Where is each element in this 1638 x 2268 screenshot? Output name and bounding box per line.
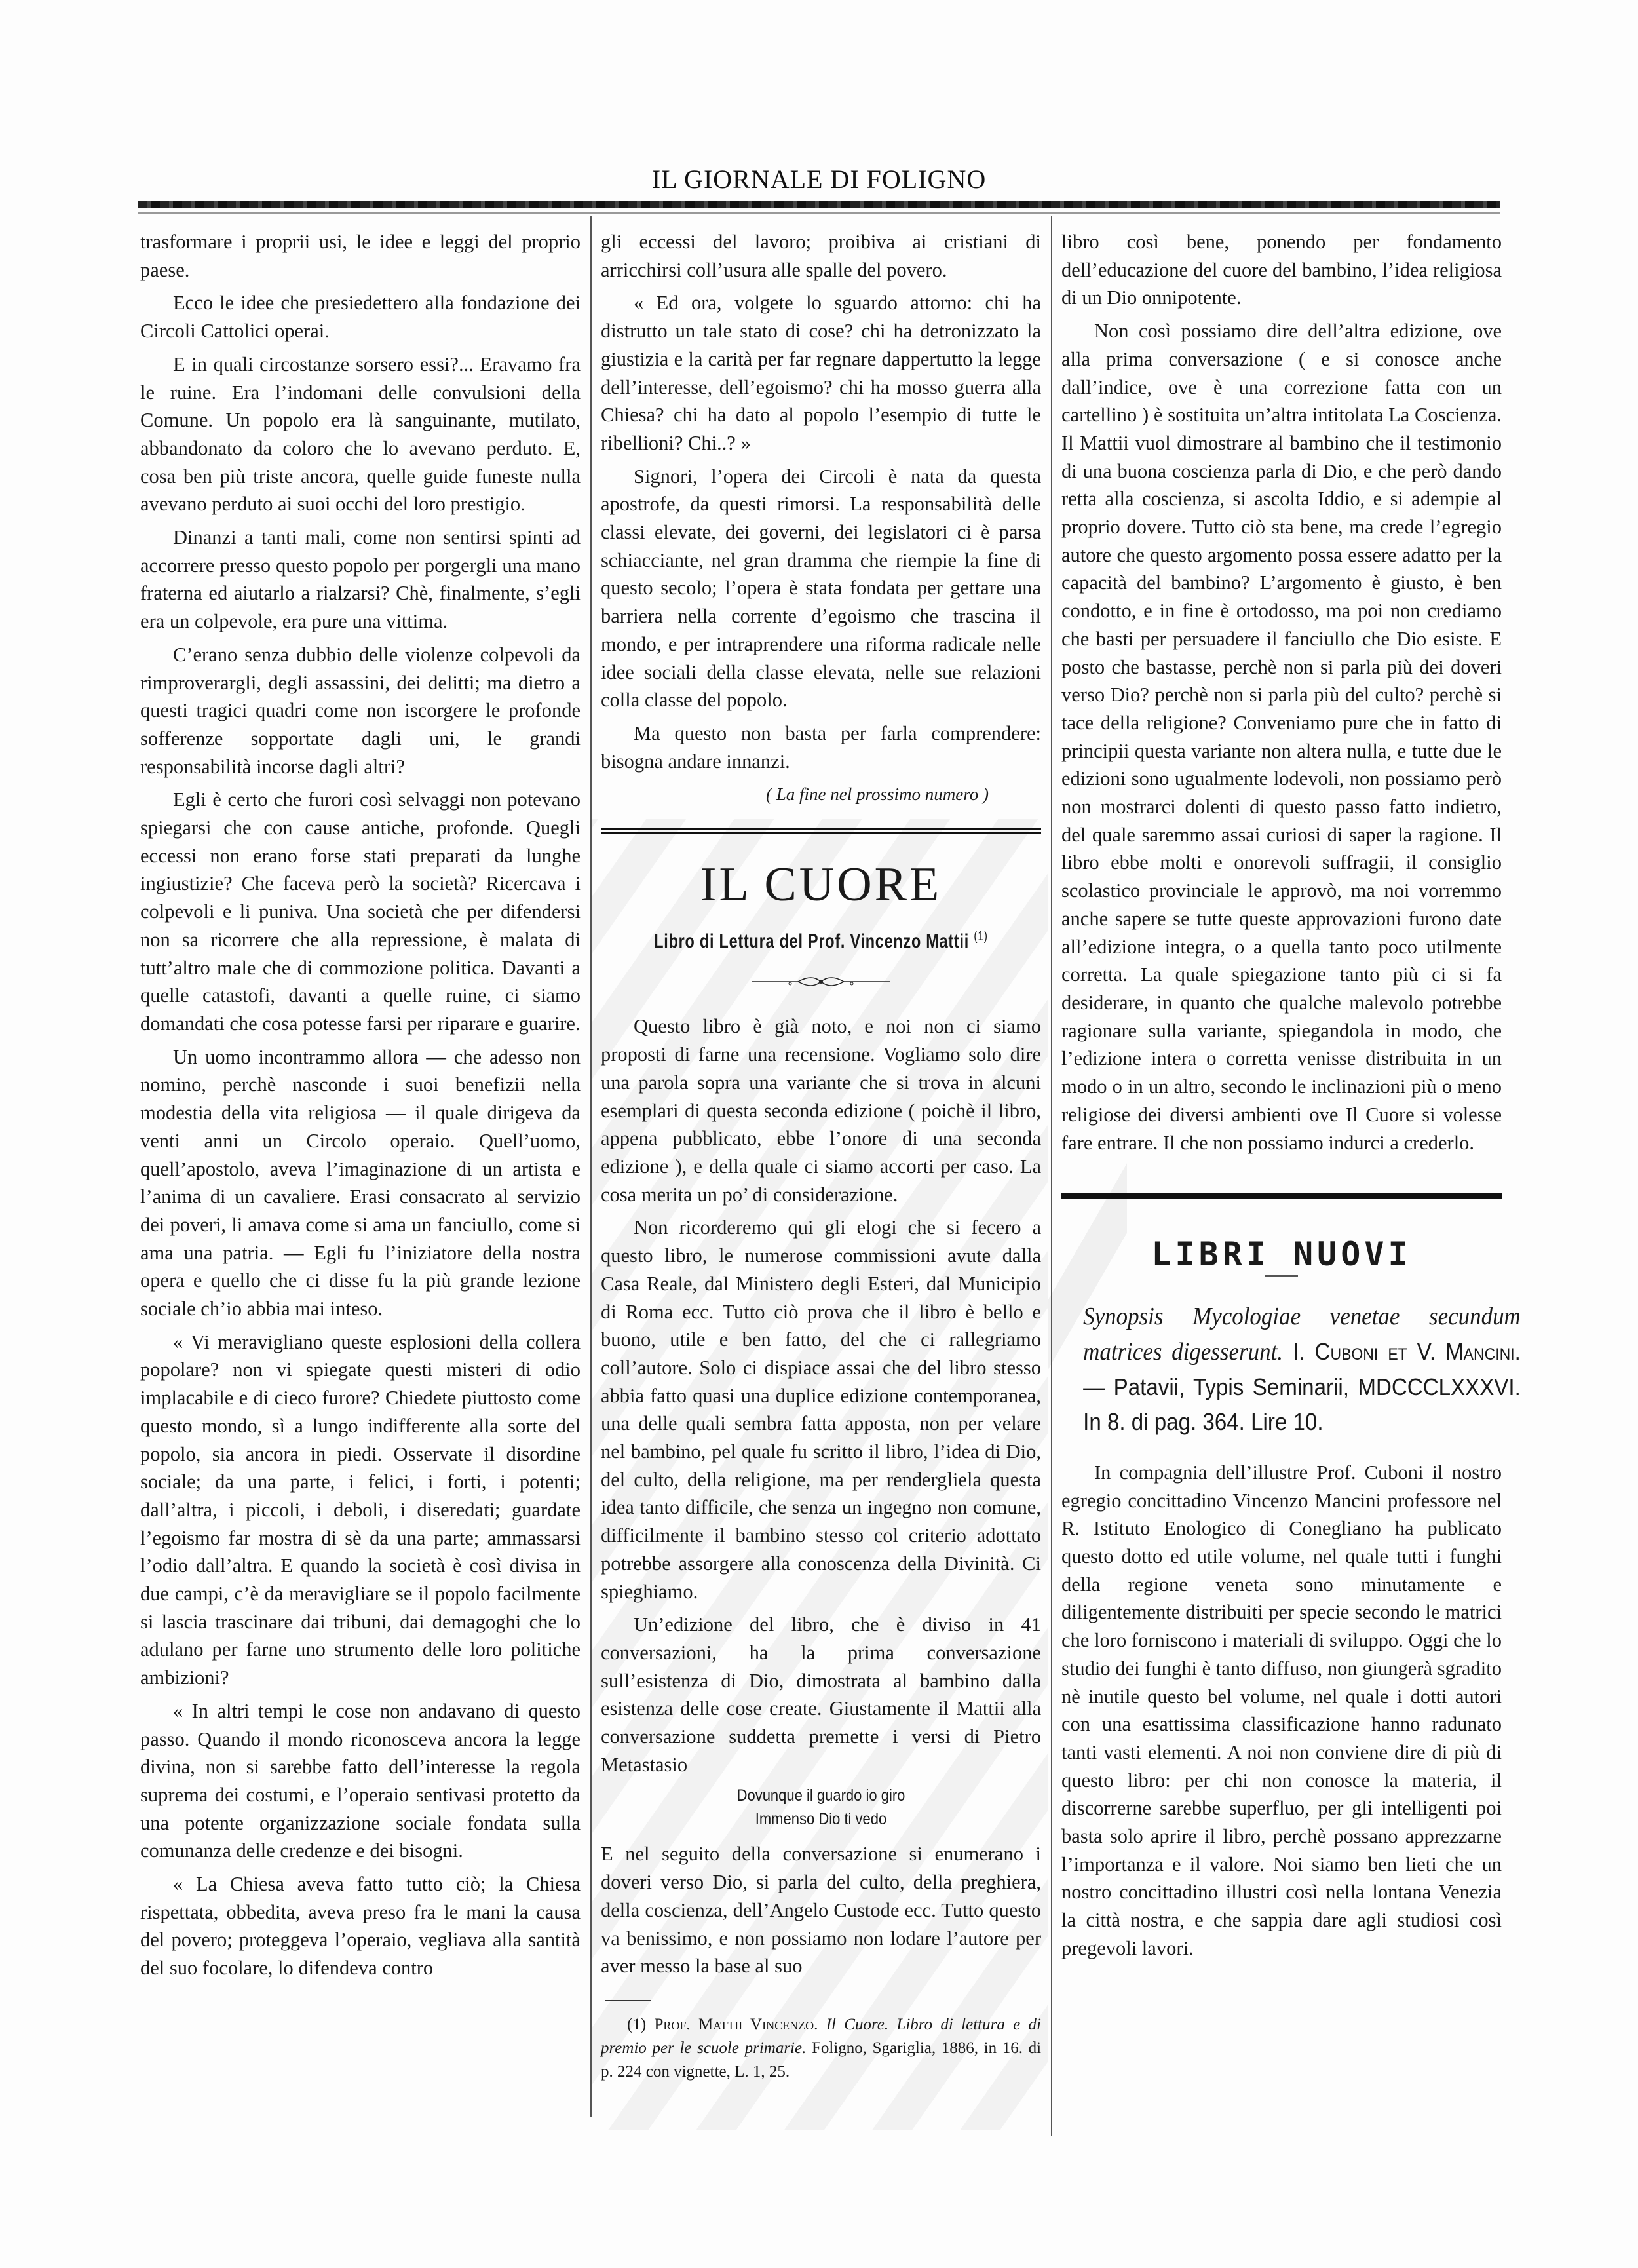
column-divider bbox=[1051, 216, 1052, 2136]
book-citation: Synopsis Mycologiae venetae secundum mat… bbox=[1061, 1299, 1521, 1439]
article-column-3: libro così bene, ponendo per fondamento … bbox=[1061, 228, 1502, 1968]
paragraph: Un uomo incontrammo allora — che adesso … bbox=[140, 1043, 581, 1323]
book-imprint: — Patavii, Typis Seminarii, MDCCCLXXXVI.… bbox=[1083, 1374, 1521, 1435]
paragraph: « La Chiesa aveva fatto tutto ciò; la Ch… bbox=[140, 1870, 581, 1982]
article-column-1: trasformare i proprii usi, le idee e leg… bbox=[140, 228, 581, 1988]
paragraph: Ecco le idee che presiedettero alla fond… bbox=[140, 289, 581, 345]
paragraph: E nel seguito della conversazione si enu… bbox=[601, 1840, 1041, 1980]
paragraph: Signori, l’opera dei Circoli è nata da q… bbox=[601, 463, 1041, 714]
ornament-flourish-icon bbox=[601, 968, 1041, 996]
heading-underline bbox=[1265, 1275, 1298, 1277]
section-divider bbox=[1061, 1193, 1502, 1199]
paragraph: Questo libro è già noto, e noi non ci si… bbox=[601, 1012, 1041, 1208]
article-subtitle: Libro di Lettura del Prof. Vincenzo Matt… bbox=[649, 923, 993, 956]
paragraph: libro così bene, ponendo per fondamento … bbox=[1061, 228, 1502, 312]
article-column-2: gli eccessi del lavoro; proibiva ai cris… bbox=[601, 228, 1041, 2084]
verse-line: Dovunque il guardo io giro bbox=[627, 1784, 1014, 1807]
paragraph: gli eccessi del lavoro; proibiva ai cris… bbox=[601, 228, 1041, 284]
paragraph: Dinanzi a tanti mali, come non sentirsi … bbox=[140, 524, 581, 636]
paragraph: « Vi meravigliano queste esplosioni dell… bbox=[140, 1328, 581, 1692]
masthead-thin-rule bbox=[138, 212, 1500, 214]
section-divider bbox=[601, 828, 1041, 834]
paragraph: C’erano senza dubbio delle violenze colp… bbox=[140, 641, 581, 781]
paragraph: « In altri tempi le cose non andavano di… bbox=[140, 1697, 581, 1865]
masthead-rule bbox=[138, 201, 1500, 208]
footnote-author: Prof. Mattii Vincenzo. bbox=[654, 2016, 818, 2033]
verse-quote: Dovunque il guardo io giro Immenso Dio t… bbox=[627, 1784, 1014, 1831]
article-title: IL CUORE bbox=[601, 858, 1041, 911]
paragraph: E in quali circostanze sorsero essi?... … bbox=[140, 351, 581, 518]
paragraph: Non ricorderemo qui gli elogi che si fec… bbox=[601, 1214, 1041, 1605]
book-authors: I. Cuboni et V. Mancini. bbox=[1293, 1338, 1521, 1365]
footnote-rule bbox=[605, 2000, 651, 2001]
paragraph: trasformare i proprii usi, le idee e leg… bbox=[140, 228, 581, 284]
paragraph: Egli è certo che furori così selvaggi no… bbox=[140, 786, 581, 1037]
verse-line: Immenso Dio ti vedo bbox=[627, 1807, 1014, 1831]
footnote: (1) Prof. Mattii Vincenzo. Il Cuore. Lib… bbox=[601, 2013, 1041, 2084]
paragraph: « Ed ora, volgete lo sguardo attorno: ch… bbox=[601, 289, 1041, 457]
paragraph: Ma questo non basta per farla comprender… bbox=[601, 720, 1041, 775]
paragraph: Non così possiamo dire dell’altra edizio… bbox=[1061, 317, 1502, 1157]
paragraph: Un’edizione del libro, che è diviso in 4… bbox=[601, 1611, 1041, 1778]
footnote-marker: (1) bbox=[974, 929, 987, 944]
section-heading-libri-nuovi: LIBRI NUOVI bbox=[1061, 1240, 1502, 1269]
newspaper-masthead: IL GIORNALE DI FOLIGNO bbox=[0, 164, 1638, 195]
continued-note: ( La fine nel prossimo numero ) bbox=[601, 780, 1041, 809]
column-divider bbox=[590, 216, 592, 2117]
paragraph: In compagnia dell’illustre Prof. Cuboni … bbox=[1061, 1459, 1502, 1963]
